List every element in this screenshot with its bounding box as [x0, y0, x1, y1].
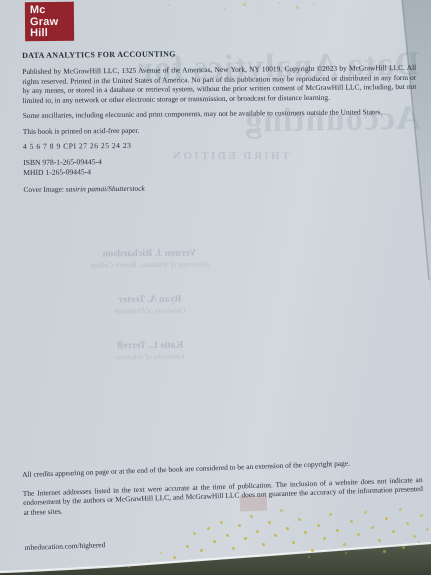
yellow-dot — [200, 549, 203, 552]
mcgraw-hill-logo: Mc Graw Hill — [25, 2, 74, 41]
yellow-dot — [345, 552, 347, 554]
yellow-dot — [418, 541, 420, 543]
yellow-dot — [402, 546, 405, 549]
showthrough-author-affiliation: University of Pittsburgh — [40, 305, 260, 316]
internet-addresses-paragraph: The Internet addresses listed in the tex… — [23, 475, 424, 517]
showthrough-author-name: Katie L. Terrell — [40, 339, 260, 353]
copyright-paragraph: Published by McGrawHill LLC, 1325 Avenue… — [22, 63, 416, 105]
copyright-text-block: DATA ANALYTICS FOR ACCOUNTING Published … — [22, 47, 417, 194]
page-content: Data Analytics for Accounting THIRD EDIT… — [0, 0, 431, 575]
showthrough-author-affiliation: University of Arkansas, Baruch College — [40, 259, 260, 270]
footer-text-block: All credits appearing on page or at the … — [22, 456, 425, 552]
cover-image-label: Cover Image: — [23, 184, 65, 193]
yellow-dot — [207, 2, 209, 4]
printing-run-line: 4 5 6 7 8 9 CPI 27 26 25 24 23 — [23, 138, 417, 151]
yellow-dot — [148, 560, 150, 562]
yellow-dot — [332, 7, 334, 9]
yellow-dot — [313, 3, 315, 5]
showthrough-authors: Vernon J. Richardson University of Arkan… — [39, 247, 260, 387]
showthrough-author: Katie L. Terrell University of Arkansas — [40, 339, 260, 362]
yellow-dot — [308, 556, 310, 558]
mheducation-url: mheducation.com/highered — [25, 529, 425, 552]
yellow-dot — [224, 8, 226, 10]
showthrough-author: Ryan A. Teeter University of Pittsburgh — [40, 293, 260, 316]
logo-line: Hill — [30, 28, 74, 40]
yellow-dot — [168, 4, 170, 6]
book-title-heading: DATA ANALYTICS FOR ACCOUNTING — [22, 47, 416, 60]
yellow-dot — [173, 556, 176, 559]
yellow-dot — [311, 549, 314, 552]
yellow-dot — [128, 566, 130, 568]
showthrough-author: Vernon J. Richardson University of Arkan… — [39, 247, 259, 270]
isbn-block: ISBN 978-1-265-09445-4 MHID 1-265-09445-… — [23, 154, 417, 178]
yellow-dot — [160, 552, 162, 554]
logo-line: Mc — [30, 5, 74, 17]
yellow-dot — [426, 528, 429, 531]
showthrough-author-name: Vernon J. Richardson — [39, 247, 259, 261]
showthrough-author-affiliation: University of Arkansas — [40, 351, 260, 362]
yellow-dot — [189, 7, 191, 9]
yellow-dot — [232, 547, 235, 550]
yellow-dot — [383, 550, 386, 553]
yellow-dot — [343, 543, 346, 546]
showthrough-author-name: Ryan A. Teeter — [40, 293, 260, 307]
ancillaries-paragraph: Some ancillaries, including electronic a… — [23, 107, 417, 121]
yellow-dot — [296, 6, 299, 9]
yellow-dot — [261, 7, 263, 9]
yellow-dot — [243, 3, 246, 6]
book-copyright-page-photo: Data Analytics for Accounting THIRD EDIT… — [0, 0, 431, 575]
cover-image-credit-line: Cover Image: sasirin pamai/Shutterstock — [23, 180, 417, 193]
cover-image-credit: sasirin pamai/Shutterstock — [66, 183, 145, 193]
acid-free-paper-line: This book is printed on acid-free paper. — [23, 122, 417, 136]
yellow-dot — [278, 2, 280, 4]
